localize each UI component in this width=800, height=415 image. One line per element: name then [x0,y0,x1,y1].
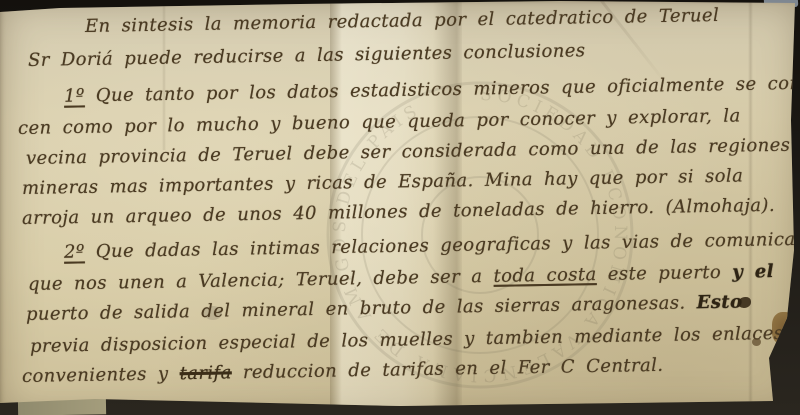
manuscript-line: que nos unen a Valencia; Teruel, debe se… [28,261,774,295]
manuscript-line: 1º Que tanto por los datos estadisticos … [50,73,800,107]
text-segment: Que tanto por los datos estadisticos min… [85,73,800,107]
manuscript-line: vecina provincia de Teruel debe ser cons… [26,135,791,169]
manuscript-line: En sintesis la memoria redactada por el … [85,5,720,37]
text-segment: toda costa [493,264,597,287]
text-segment: Esto [696,291,742,313]
text-segment: vecina provincia de Teruel debe ser cons… [26,135,791,169]
manuscript-line: Sr Doriá puede reducirse a las siguiente… [28,40,586,71]
manuscript-paper: SOCIEDAD ECONOMICA VALENCIANA DE AMIGOS … [0,0,800,415]
text-segment: Que dadas las intimas relaciones geograf… [85,228,800,262]
text-segment: cen como por lo mucho y bueno que queda … [18,105,741,139]
text-segment: convenientes y [22,363,180,387]
text-segment: mineras mas importantes y ricas de Españ… [22,165,744,199]
text-segment: reduccion de tarifas en el Fer C Central… [232,355,664,384]
text-segment: Sr Doriá puede reducirse a las siguiente… [28,40,586,71]
text-segment: previa disposicion especial de los muell… [30,323,784,357]
text-segment: que nos unen a Valencia; Teruel, debe se… [28,266,494,295]
text-segment: 1º [50,85,85,107]
text-segment: arroja un arqueo de unos 40 millones de … [22,195,775,229]
manuscript-lines: En sintesis la memoria redactada por el … [0,0,800,415]
manuscript-photo: SOCIEDAD ECONOMICA VALENCIANA DE AMIGOS … [0,0,800,415]
text-segment: y el [732,261,774,283]
text-segment: este puerto [596,262,732,285]
manuscript-line: arroja un arqueo de unos 40 millones de … [22,195,775,229]
text-segment: tarifa [179,362,231,384]
manuscript-line: mineras mas importantes y ricas de Españ… [22,165,744,199]
text-segment: En sintesis la memoria redactada por el … [85,5,720,37]
text-segment: puerto de salida del mineral en bruto de… [26,292,697,325]
text-segment: 2º [50,241,85,263]
manuscript-line: 2º Que dadas las intimas relaciones geog… [50,228,800,263]
manuscript-line: puerto de salida del mineral en bruto de… [26,291,743,325]
manuscript-line: previa disposicion especial de los muell… [30,323,784,357]
manuscript-line: cen como por lo mucho y bueno que queda … [18,105,741,139]
manuscript-line: convenientes y tarifa reduccion de tarif… [22,355,664,387]
